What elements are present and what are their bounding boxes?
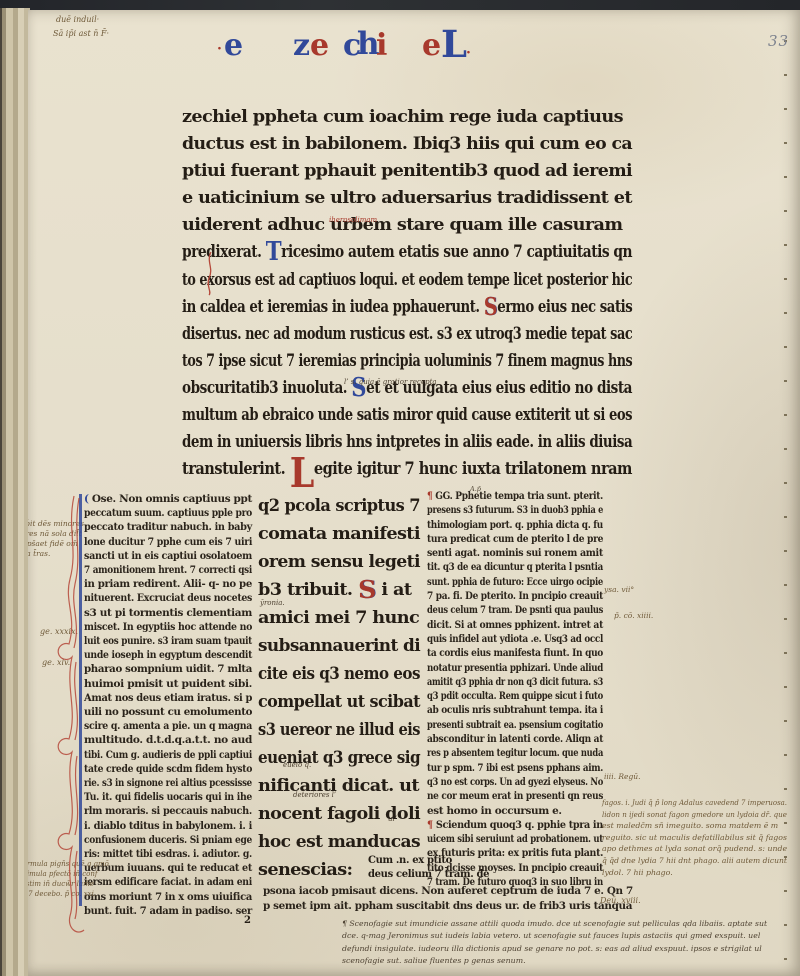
text-segment: absconditur in latenti corde. Aliqn at: [427, 734, 603, 745]
text-segment: uicem sibi seruiunt ad probationem. ut: [427, 834, 603, 845]
text-segment: scire q. amenta a pie. un q magna: [84, 720, 252, 732]
text-line: tit. q3 de ea dicuntur q pterita l psnti…: [427, 561, 603, 575]
text-segment: rlm moraris. si peccauis nabuch.: [84, 805, 252, 817]
text-segment: eueniat q3 grece sig: [258, 748, 420, 768]
text-segment: Tu. it. qui fidelis uocaris qui in ihe: [84, 791, 252, 803]
text-line: transtulerint. Legite igitur 7 hunc iuxt…: [182, 456, 632, 483]
text-line: ductus est in babilonem. Ibiq3 hiis qui …: [182, 131, 632, 158]
text-segment: s3 ut pi tormentis clementiam: [84, 607, 252, 619]
text-segment: egite igitur 7 hunc iuxta trilatonem nra…: [314, 459, 632, 479]
interlinear-gloss: l’ s. quia ē gratior recepta: [344, 379, 437, 386]
text-line: b3 tribuit. S i at: [258, 576, 411, 604]
text-segment: notatur presentia pphizari. Unde aliud: [427, 663, 603, 674]
text-line: hoc est manducas: [258, 828, 420, 856]
text-segment: unde ioseph in egyptum descendit: [84, 649, 252, 661]
text-line: scenofagie sut. saliue fluentes p genas …: [342, 955, 526, 967]
text-line: res p absentem tegitur locum. que nuda: [427, 747, 603, 761]
running-title-letter: i: [376, 30, 387, 62]
text-line: dicit. Si at omnes pphizent. intret at: [427, 619, 603, 633]
text-segment: ermo eius nec satis: [497, 297, 632, 317]
decorated-initial: T: [266, 236, 281, 267]
text-line: amici mei 7 hunc: [258, 604, 419, 632]
text-segment: q2 pcola scriptus 7: [258, 496, 420, 516]
text-segment: ne cor meum erat in presenti qn reus: [427, 791, 603, 802]
right-margin-gloss-block: fagos. i. Judi q̄ p̄ long Adalus caveden…: [602, 797, 800, 878]
text-line: peccatum suum. captiuus pple pro: [84, 506, 252, 520]
text-segment: nituerent. Excruciat deus nocetes: [84, 592, 252, 604]
text-segment: confusionem duceris. Si pniam ege: [84, 834, 252, 846]
running-title-letter: e: [422, 30, 441, 62]
text-segment: ductus est in babilonem. Ibiq3 hiis qui …: [182, 134, 632, 154]
text-segment: subsannauerint di: [258, 636, 420, 656]
text-line: cite eis q3 nemo eos: [258, 660, 420, 688]
text-segment: zechiel ppheta cum ioachim rege iuda cap…: [182, 107, 623, 127]
text-segment: Ose. Non omnis captiuus ppt: [92, 493, 252, 505]
running-title-letter: e: [224, 30, 243, 62]
text-line: ¶ GG. Pphetie tempa tria sunt. pterit.: [427, 490, 603, 504]
text-line: unde ioseph in egyptum descendit: [84, 648, 252, 662]
text-line: q2 pcola scriptus 7: [258, 492, 420, 520]
text-line: peccato traditur nabuch. in baby: [84, 520, 252, 534]
text-segment: scenofagie sut. saliue fluentes p genas …: [342, 956, 526, 965]
text-line: sunt. pphia de futuro: Ecce uirgo ocipie: [427, 576, 603, 590]
text-line: Amat nos deus etiam iratus. si p: [84, 691, 252, 705]
manuscript-page: 33 ·ezechieL· duē induil·Sā ip̄i ast n̄…: [28, 10, 800, 976]
text-segment: ris: mittet tibi esdras. i. adiutor. g.: [84, 848, 252, 860]
text-segment: predixerat.: [182, 242, 266, 262]
text-line: dem in uniuersis libris hns intpretes in…: [182, 429, 632, 456]
text-line: e uaticinium se ultro aduersarius tradid…: [182, 185, 632, 212]
decorated-initial: L: [290, 449, 314, 497]
text-segment: ptiui fuerant pphauit penitentib3 quod a…: [182, 161, 632, 181]
text-line: ¶ Sciendum quoq3 q. pphie tpra in: [427, 819, 603, 833]
text-segment: uerbum iuuans. qui te reducat et: [84, 862, 252, 874]
text-segment: uili no possunt cu emolumento: [84, 706, 252, 718]
main-text-block: zechiel ppheta cum ioachim rege iuda cap…: [182, 104, 785, 483]
text-line: amitit q3 pphia dr non q3 dicit futura. …: [427, 676, 603, 690]
running-title-letter: ·: [217, 42, 222, 57]
text-segment: ab oculis nris subtrahunt tempa. ita i: [427, 705, 603, 716]
text-line: est homo in occursum e.: [427, 805, 562, 819]
text-line: lydol. 7 hii phago.: [602, 867, 673, 879]
running-title-letter: ·: [466, 46, 471, 61]
text-line: tibi. Cum g. audieris de ppli captiui: [84, 748, 252, 762]
text-segment: tito dcisse moyses. In pncipio creauit: [427, 863, 603, 874]
corner-note: Sā ip̄i ast n̄ F̄·: [53, 30, 109, 38]
text-line: q̄ q̄d dne lydia 7 hii dnt phago. alii a…: [602, 855, 787, 867]
text-line: q3 pdit occulta. Rem quippe sicut i futo: [427, 690, 603, 704]
text-segment: luit eos punire. s3 iram suam tpauit: [84, 635, 252, 647]
text-segment: peccato traditur nabuch. in baby: [84, 521, 252, 533]
text-segment: tibi. Cum g. audieris de ppli captiui: [84, 749, 252, 761]
decorated-initial: ¶: [427, 491, 435, 502]
text-segment: iersm edificare faciat. in adam eni: [84, 876, 252, 888]
folio-number: 33: [768, 32, 789, 50]
text-segment: quis infidel aut ydiota .e. Usq3 ad occl: [427, 634, 603, 645]
text-segment: transtulerint.: [182, 459, 290, 479]
text-segment: dem in uniuersis libris hns intpretes in…: [182, 432, 632, 452]
text-segment: uiderent adhuc urbem stare quam ille cas…: [182, 215, 622, 235]
text-line: notatur presentia pphizari. Unde aliud: [427, 662, 603, 676]
text-segment: miscet. In egyptiis hoc attende no: [84, 621, 252, 633]
text-line: ¶ Scenofagie sut imundicie assane attili…: [342, 918, 767, 930]
text-line: tito dcisse moyses. In pncipio creauit: [427, 862, 603, 876]
text-line: luit eos punire. s3 iram suam tpauit: [84, 634, 252, 648]
text-line: uicem sibi seruiunt ad probationem. ut: [427, 833, 603, 847]
text-segment: res p absentem tegitur locum. que nuda: [427, 748, 603, 759]
text-line: tura predicat cum de pterito l de pre: [427, 533, 603, 547]
text-line: Tu. it. qui fidelis uocaris qui in ihe: [84, 790, 252, 804]
text-segment: hoc est manducas: [258, 832, 420, 852]
text-segment: lone ducitur 7 pphe cum eis 7 uiri: [84, 536, 252, 548]
text-segment: nificanti dicat. ut: [258, 776, 419, 796]
text-segment: ricesimo autem etatis sue anno 7 captiui…: [281, 242, 632, 262]
text-segment: s3 uereor ne illud eis: [258, 720, 420, 740]
text-line: est maledc̄m sn̄ imeguito. soma matdem e…: [602, 820, 778, 832]
text-line: apo dethmes at lyda sonat orq̄ pudend. s…: [602, 843, 787, 855]
text-line: ta cordis eius manifesta fiunt. In quo: [427, 647, 603, 661]
text-line: reguito. sic ut maculis defatillabilus s…: [602, 832, 787, 844]
initial-flourish: [203, 250, 217, 296]
text-segment: GG. Pphetie tempa tria sunt. pterit.: [435, 491, 603, 502]
text-line: tos 7 ipse sicut 7 ieremias principia uo…: [182, 348, 632, 375]
text-segment: bunt. fuit. 7 adam in padiso. ser: [84, 905, 252, 917]
text-line: uili no possunt cu emolumento: [84, 705, 252, 719]
text-segment: dce. q-mag Jeronimus sut iudeis labia ve…: [342, 931, 760, 940]
text-line: senti agat. nominis sui ronem amit: [427, 547, 603, 561]
text-line: ne cor meum erat in presenti qn reus: [427, 790, 603, 804]
text-segment: dicit. Si at omnes pphizent. intret at: [427, 620, 603, 631]
text-segment: cite eis q3 nemo eos: [258, 664, 420, 684]
text-line: subsannauerint di: [258, 632, 420, 660]
text-segment: oms moriunt 7 in x oms uiuifica: [84, 891, 252, 903]
text-line: eueniat q3 grece sig: [258, 744, 420, 772]
text-line: orem sensu legeti: [258, 548, 420, 576]
text-segment: tos 7 ipse sicut 7 ieremias principia uo…: [182, 351, 632, 371]
text-segment: huimoi pmisit ut puident sibi.: [84, 678, 252, 690]
text-segment: in priam redirent. Alii- q- no pe: [84, 578, 252, 590]
text-segment: orem sensu legeti: [258, 552, 420, 572]
decorated-initial: S: [484, 292, 497, 321]
text-segment: e uaticinium se ultro aduersarius tradid…: [182, 188, 632, 208]
text-line: s3 uereor ne illud eis: [258, 716, 420, 744]
text-line: uiderent adhuc urbem stare quam ille cas…: [182, 212, 622, 239]
text-segment: nocent fagoli doli: [258, 804, 420, 824]
text-segment: fagos. i. Judi q̄ p̄ long Adalus caveden…: [602, 798, 787, 807]
text-line: uerbum iuuans. qui te reducat et: [84, 861, 252, 875]
margin-note: ysa. vii°: [604, 586, 634, 594]
text-line: presenti subtrait ea. psensium cogitatio: [427, 719, 603, 733]
text-line: multitudo. d.t.d.q.a.t.t. no aud: [84, 733, 252, 747]
text-line: tate crede quide scdm fidem hysto: [84, 762, 252, 776]
text-segment: in caldea et ieremias in iudea pphauerun…: [182, 297, 484, 317]
text-segment: deus celum 7 tram. De psnti qua paulus: [427, 605, 603, 616]
text-segment: i at: [376, 580, 412, 600]
text-segment: Sciendum quoq3 q. pphie tpra in: [436, 820, 603, 831]
text-segment: tit. q3 de ea dicuntur q pterita l psnti…: [427, 562, 603, 573]
text-line: psona iacob pmisaut dicens. Non auferet …: [263, 884, 633, 899]
text-line: to exorsus est ad captiuos loqui. et eod…: [182, 267, 632, 294]
center-text-column: q2 pcola scriptus 7comata manifestiorem …: [258, 492, 447, 884]
text-segment: reguito. sic ut maculis defatillabilus s…: [602, 833, 787, 842]
text-line: miscet. In egyptiis hoc attende no: [84, 620, 252, 634]
text-line: ab oculis nris subtrahunt tempa. ita i: [427, 704, 603, 718]
text-segment: psona iacob pmisaut dicens. Non auferet …: [263, 886, 633, 897]
bottom-full-lines: psona iacob pmisaut dicens. Non auferet …: [263, 884, 619, 914]
text-line: ris: mittet tibi esdras. i. adiutor. g.: [84, 847, 252, 861]
photograph-of-manuscript: { "palette":{"ink":"#241d15","red":"#a83…: [0, 0, 800, 976]
running-title-letter: z: [293, 30, 310, 62]
text-segment: i. diablo tditus in babylonem. i. i: [84, 820, 252, 832]
text-segment: obscuritatib3 inuoluta.: [182, 378, 351, 398]
text-segment: pharao sompnium uidit. 7 mlta: [84, 663, 252, 675]
text-segment: presenti subtrait ea. psensium cogitatio: [427, 720, 603, 731]
text-segment: ¶ Scenofagie sut imundicie assane attili…: [342, 919, 767, 928]
text-segment: rie. s3 in signone rei altius pcessisse: [84, 777, 252, 789]
text-line: huimoi pmisit ut puident sibi.: [84, 677, 252, 691]
margin-note: pfec̄ta t̄ras.: [28, 550, 50, 558]
decorated-initial: S: [351, 372, 366, 403]
text-segment: sancti ut in eis captiui osolatoem: [84, 550, 252, 562]
text-line: 7 pa. fi. De pterito. In pncipio creauit: [427, 590, 603, 604]
text-line: in priam redirent. Alii- q- no pe: [84, 577, 252, 591]
text-segment: ta cordis eius manifesta fiunt. In quo: [427, 648, 603, 659]
text-line: in caldea et ieremias in iudea pphauerun…: [182, 294, 632, 321]
text-segment: comata manifesti: [258, 524, 420, 544]
text-segment: peccatum suum. captiuus pple pro: [84, 507, 252, 519]
text-segment: Amat nos deus etiam iratus. si p: [84, 692, 252, 704]
text-line: iersm edificare faciat. in adam eni: [84, 875, 252, 889]
text-line: bunt. fuit. 7 adam in padiso. ser: [84, 904, 252, 918]
text-line: i. diablo tditus in babylonem. i. i: [84, 819, 252, 833]
text-line: rlm moraris. si peccauis nabuch.: [84, 804, 252, 818]
text-line: fagos. i. Judi q̄ p̄ long Adalus caveden…: [602, 797, 787, 809]
text-line: deus celum 7 tram. De psnti qua paulus: [427, 604, 603, 618]
text-line: pharao sompnium uidit. 7 mlta: [84, 662, 252, 676]
text-segment: b3 tribuit.: [258, 580, 358, 600]
text-line: scire q. amenta a pie. un q magna: [84, 719, 252, 733]
text-segment: senescias:: [258, 860, 352, 880]
text-line: ex futuris prita: ex pritis futa plant.: [427, 847, 603, 861]
margin-note: iiii. Regū.: [604, 773, 640, 781]
text-line: zechiel ppheta cum ioachim rege iuda cap…: [182, 104, 623, 131]
left-gloss-column: ( Ose. Non omnis captiuus pptpeccatum su…: [84, 492, 287, 918]
decorated-initial: S: [358, 575, 376, 604]
text-segment: multitudo. d.t.d.q.a.t.t. no aud: [84, 734, 252, 746]
text-segment: q3 pdit occulta. Rem quippe sicut i futo: [427, 691, 603, 702]
text-segment: to exorsus est ad captiuos loqui. et eod…: [182, 270, 632, 290]
text-segment: multum ab ebraico unde satis miror quid …: [182, 405, 632, 425]
text-segment: defundi insigulate. iudeoru illa diction…: [342, 944, 762, 953]
text-line: presens s3 futurum. S3 in duob3 pphia e: [427, 504, 603, 518]
text-segment: amici mei 7 hunc: [258, 608, 419, 628]
text-segment: p semet ipm ait. ppham suscitabit dns de…: [263, 901, 632, 912]
text-segment: q3 no est corps. Un ad gyezi elyseus. No: [427, 777, 603, 788]
text-line: s3 ut pi tormentis clementiam: [84, 606, 252, 620]
text-segment: est maledc̄m sn̄ imeguito. soma matdem e…: [602, 821, 778, 830]
text-segment: tur p spm. 7 ibi est psens pphans aim.: [427, 763, 603, 774]
quire-mark: 2: [244, 916, 251, 927]
text-segment: apo dethmes at lyda sonat orq̄ pudend. s…: [602, 844, 787, 853]
text-line: oms moriunt 7 in x oms uiuifica: [84, 890, 252, 904]
text-line: quis infidel aut ydiota .e. Usq3 ad occl: [427, 633, 603, 647]
corner-note: duē induil·: [56, 16, 99, 24]
text-line: thimologiam port. q. pphia dicta q. fu: [427, 519, 603, 533]
text-line: lone ducitur 7 pphe cum eis 7 uiri: [84, 535, 252, 549]
text-line: ptiui fuerant pphauit penitentib3 quod a…: [182, 158, 632, 185]
text-line: nificanti dicat. ut: [258, 772, 419, 800]
text-line: compellat ut scibat: [258, 688, 420, 716]
text-segment: lydol. 7 hii phago.: [602, 868, 673, 877]
text-segment: senti agat. nominis sui ronem amit: [427, 548, 603, 559]
margin-note: Deū. xviii.: [600, 897, 641, 905]
text-segment: compellat ut scibat: [258, 692, 420, 712]
text-line: ( Ose. Non omnis captiuus ppt: [84, 492, 252, 506]
text-line: nocent fagoli doli: [258, 800, 420, 828]
text-segment: tura predicat cum de pterito l de pre: [427, 534, 603, 545]
text-line: q3 no est corps. Un ad gyezi elyseus. No: [427, 776, 603, 790]
text-line: sancti ut in eis captiui osolatoem: [84, 549, 252, 563]
margin-note: p̄. cō. xiiii.: [614, 612, 653, 620]
text-line: nituerent. Excruciat deus nocetes: [84, 591, 252, 605]
text-line: disertus. nec ad modum rusticus est. s3 …: [182, 321, 632, 348]
text-line: comata manifesti: [258, 520, 420, 548]
text-segment: ex futuris prita: ex pritis futa plant.: [427, 848, 603, 859]
text-segment: q̄ q̄d dne lydia 7 hii dnt phago. alii a…: [602, 856, 787, 865]
decorated-initial: ¶: [427, 820, 436, 831]
foot-annotation-block: ¶ Scenofagie sut imundicie assane attili…: [342, 918, 754, 967]
text-segment: amitit q3 pphia dr non q3 dicit futura. …: [427, 677, 603, 688]
text-segment: presens s3 futurum. S3 in duob3 pphia e: [427, 505, 603, 516]
text-line: dce. q-mag Jeronimus sut iudeis labia ve…: [342, 930, 760, 942]
text-segment: 7 amonitionem hrent. 7 correcti qsi: [84, 564, 252, 576]
text-segment: est homo in occursum e.: [427, 806, 562, 817]
text-line: defundi insigulate. iudeoru illa diction…: [342, 943, 762, 955]
text-line: predixerat. Tricesimo autem etatis sue a…: [182, 239, 632, 266]
text-segment: 7 pa. fi. De pterito. In pncipio creauit: [427, 591, 603, 602]
running-title-letter: e: [310, 30, 329, 62]
text-line: senescias:: [258, 856, 352, 884]
red-pen-flourish: [52, 494, 86, 954]
text-line: tur p spm. 7 ibi est psens pphans aim.: [427, 762, 603, 776]
text-segment: disertus. nec ad modum rusticus est. s3 …: [182, 324, 632, 344]
text-line: 7 amonitionem hrent. 7 correcti qsi: [84, 563, 252, 577]
text-line: lidon n ijedi sonat fagon gmedore un lyd…: [602, 809, 787, 821]
text-line: multum ab ebraico unde satis miror quid …: [182, 402, 632, 429]
text-segment: tate crede quide scdm fidem hysto: [84, 763, 252, 775]
text-line: absconditur in latenti corde. Aliqn at: [427, 733, 603, 747]
text-line: p semet ipm ait. ppham suscitabit dns de…: [263, 899, 632, 914]
text-segment: lidon n ijedi sonat fagon gmedore un lyd…: [602, 810, 787, 819]
interlinear-gloss: iherosolimam: [329, 217, 377, 224]
text-line: confusionem duceris. Si pniam ege: [84, 833, 252, 847]
text-segment: sunt. pphia de futuro: Ecce uirgo ocipie: [427, 577, 603, 588]
text-segment: thimologiam port. q. pphia dicta q. fu: [427, 520, 603, 531]
running-title-letter: L: [441, 25, 467, 64]
text-line: rie. s3 in signone rei altius pcessisse: [84, 776, 252, 790]
page-stack-edge: [0, 8, 30, 976]
